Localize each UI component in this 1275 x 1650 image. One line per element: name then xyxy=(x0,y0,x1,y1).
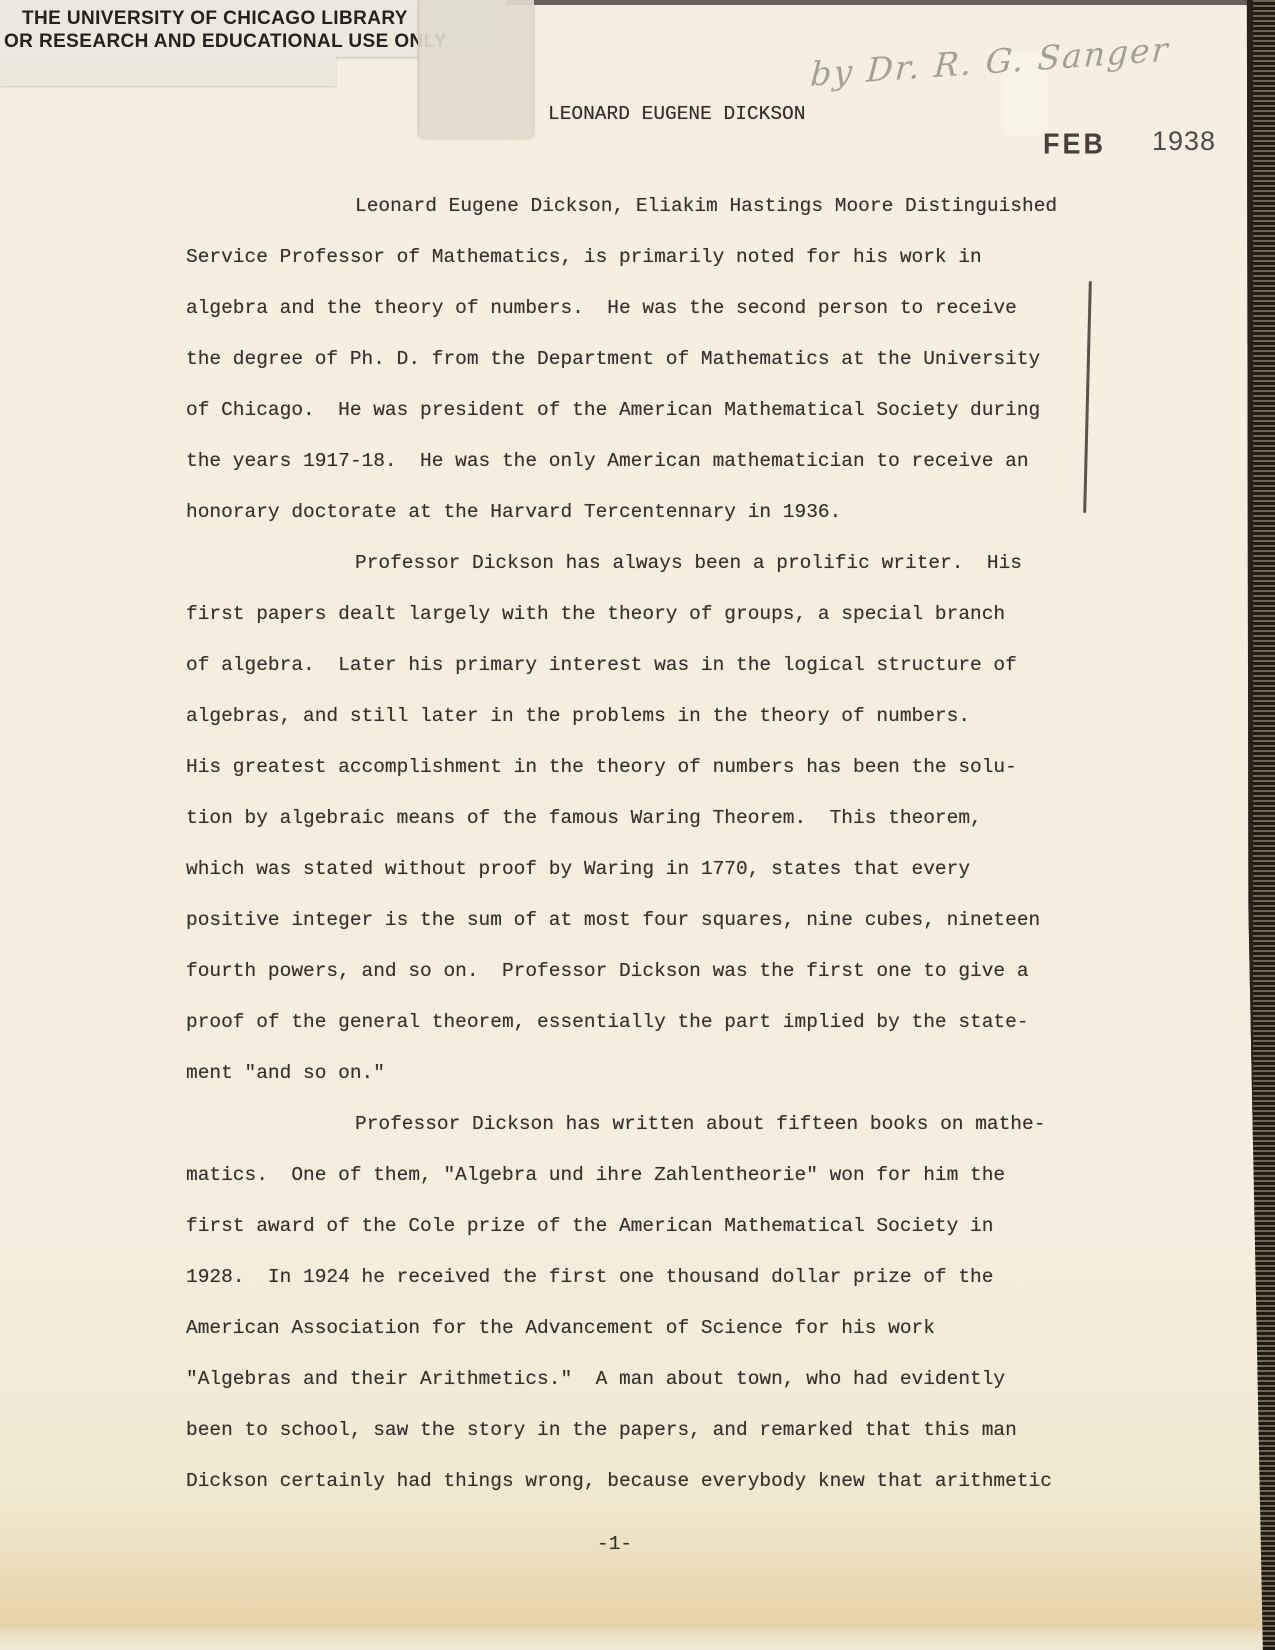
text-line: ment "and so on." xyxy=(186,1048,1086,1099)
text-line: the years 1917-18. He was the only Ameri… xyxy=(186,436,1086,487)
text-line: of Chicago. He was president of the Amer… xyxy=(186,385,1086,436)
document-page: THE UNIVERSITY OF CHICAGO LIBRARY OR RES… xyxy=(0,0,1275,1650)
text-line: of algebra. Later his primary interest w… xyxy=(186,640,1086,691)
text-line: fourth powers, and so on. Professor Dick… xyxy=(186,946,1086,997)
tape-strip xyxy=(418,0,534,137)
text-line: American Association for the Advancement… xyxy=(186,1303,1086,1354)
text-line: Dickson certainly had things wrong, beca… xyxy=(186,1456,1086,1507)
text-line: Professor Dickson has written about fift… xyxy=(186,1099,1086,1150)
date-stamp-month: FEB xyxy=(1043,128,1106,161)
document-title: LEONARD EUGENE DICKSON xyxy=(548,103,805,125)
scan-top-edge xyxy=(420,0,1252,5)
text-line: positive integer is the sum of at most f… xyxy=(186,895,1086,946)
text-line: Leonard Eugene Dickson, Eliakim Hastings… xyxy=(186,181,1086,232)
text-line: matics. One of them, "Algebra und ihre Z… xyxy=(186,1150,1086,1201)
text-line: honorary doctorate at the Harvard Tercen… xyxy=(186,487,1086,538)
text-line: which was stated without proof by Waring… xyxy=(186,844,1086,895)
library-stamp-edge xyxy=(0,57,336,86)
date-stamp-year: 1938 xyxy=(1152,126,1216,157)
text-line: His greatest accomplishment in the theor… xyxy=(186,742,1086,793)
text-line: the degree of Ph. D. from the Department… xyxy=(186,334,1086,385)
text-line: algebras, and still later in the problem… xyxy=(186,691,1086,742)
text-line: proof of the general theorem, essentiall… xyxy=(186,997,1086,1048)
text-line: tion by algebraic means of the famous Wa… xyxy=(186,793,1086,844)
text-line: Service Professor of Mathematics, is pri… xyxy=(186,232,1086,283)
text-line: first award of the Cole prize of the Ame… xyxy=(186,1201,1086,1252)
document-body: Leonard Eugene Dickson, Eliakim Hastings… xyxy=(186,181,1086,1507)
text-line: Professor Dickson has always been a prol… xyxy=(186,538,1086,589)
text-line: first papers dealt largely with the theo… xyxy=(186,589,1086,640)
text-line: algebra and the theory of numbers. He wa… xyxy=(186,283,1086,334)
scan-right-edge xyxy=(1237,0,1275,1650)
text-line: been to school, saw the story in the pap… xyxy=(186,1405,1086,1456)
text-line: 1928. In 1924 he received the first one … xyxy=(186,1252,1086,1303)
text-line: "Algebras and their Arithmetics." A man … xyxy=(186,1354,1086,1405)
page-number: -1- xyxy=(597,1533,632,1555)
